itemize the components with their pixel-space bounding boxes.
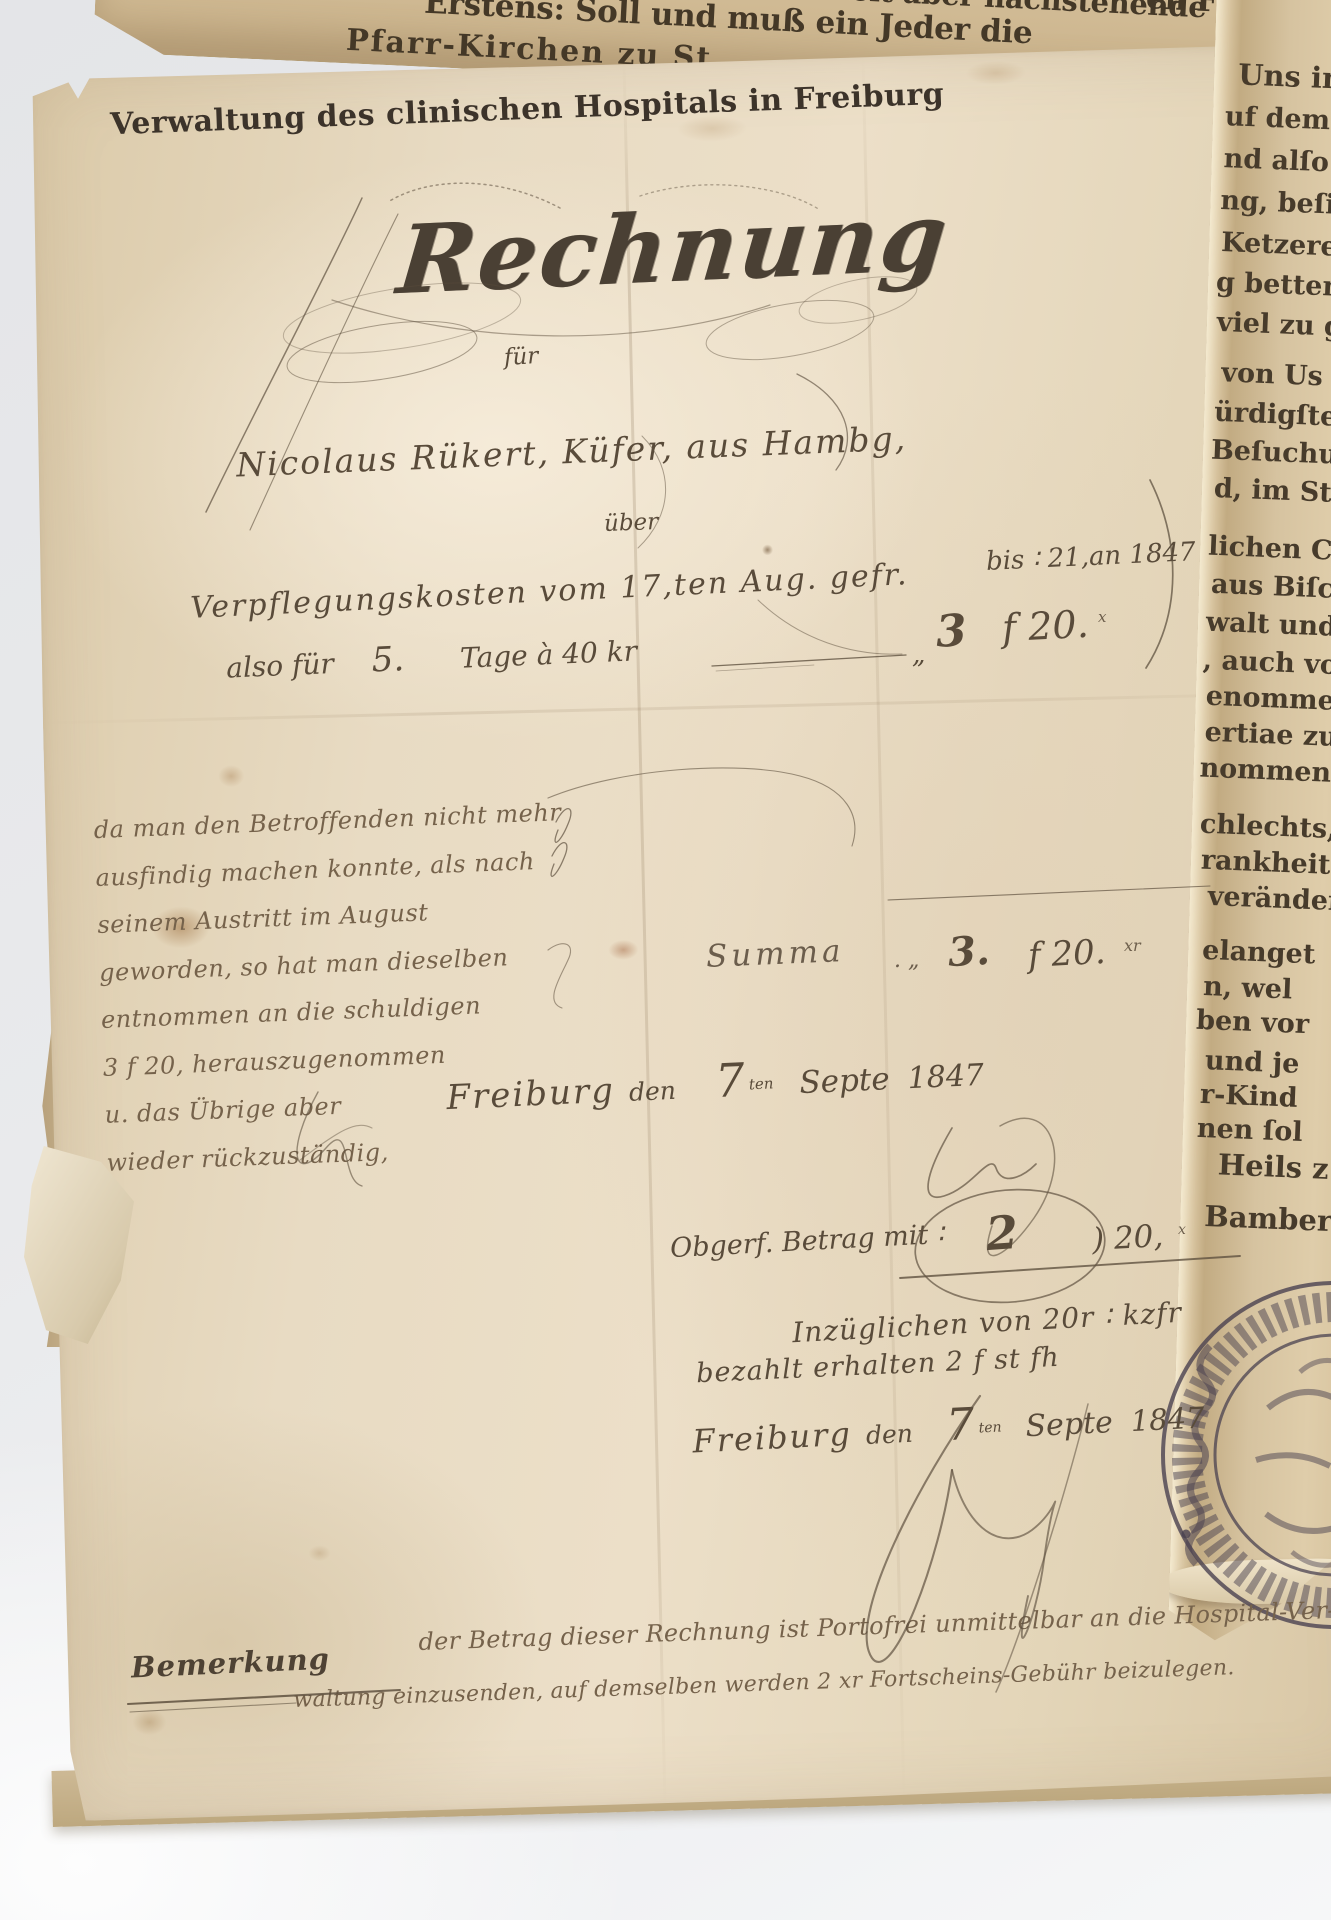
date-particle: den: [865, 1419, 913, 1450]
over-label: über: [604, 509, 659, 537]
date-month: Septe: [1025, 1405, 1114, 1444]
fraktur-fragment: g betten,: [1215, 267, 1331, 303]
date-place: Freiburg: [446, 1071, 616, 1119]
stain: [132, 1709, 167, 1736]
stain: [966, 60, 1027, 85]
date-day: 7: [714, 1053, 746, 1108]
stain: [218, 765, 245, 788]
fraktur-fragment: Ketzerey: [1221, 227, 1331, 263]
date-particle: den: [628, 1076, 676, 1107]
fraktur-fragment: enommen: [1205, 681, 1331, 718]
received-rest: ) 20,: [1091, 1218, 1164, 1258]
fraktur-fragment: ben vor: [1196, 1005, 1310, 1041]
amount-mark: „: [912, 640, 925, 670]
for-label: für: [503, 343, 539, 371]
fraktur-fragment: Heils z: [1217, 1147, 1329, 1185]
fraktur-fragment: Uns in d: [1238, 57, 1331, 96]
fraktur-fragment: n, wel: [1203, 971, 1293, 1006]
fraktur-fragment: r-Kind: [1199, 1079, 1298, 1114]
fraktur-fragment: ürdigſte S: [1214, 397, 1331, 434]
summa-label: Summa: [705, 933, 845, 975]
amount-kreuzer: f 20.: [1001, 602, 1090, 650]
date-day-suffix: ten: [748, 1074, 773, 1093]
fraktur-fragment: nen ſol: [1196, 1113, 1303, 1148]
fraktur-fragment: Bamber: [1204, 1199, 1331, 1238]
fraktur-fragment: , auch vo: [1202, 645, 1331, 681]
fraktur-fragment: d, im St: [1213, 473, 1331, 509]
date-day: 7: [945, 1399, 975, 1451]
stain: [308, 1545, 330, 1562]
margin-note: da man den Betroffenden nicht mehr ausfi…: [93, 789, 575, 1187]
fraktur-fragment: lichen Chr: [1208, 531, 1331, 568]
date-month: Septe: [799, 1061, 891, 1101]
fraktur-fragment: Beſuchung: [1210, 435, 1331, 473]
date-year: 1847: [907, 1058, 985, 1096]
fraktur-fragment: und je: [1204, 1045, 1300, 1080]
fraktur-fragment: chlechts,: [1199, 809, 1331, 845]
fraktur-fragment: rankheit: [1200, 845, 1331, 881]
calc-rate: Tage à 40 kr: [459, 634, 637, 674]
fraktur-fragment: nommen): [1199, 753, 1331, 790]
amount-xr: x: [1098, 608, 1106, 626]
date-day-suffix: ten: [978, 1419, 1002, 1436]
summa-sep: . „: [894, 948, 919, 973]
summa-xr: xr: [1124, 936, 1141, 955]
fold-crease: [622, 60, 666, 1808]
summa-kreuzer: f 20.: [1027, 932, 1106, 976]
date-year: 1847: [1130, 1400, 1205, 1438]
fraktur-fragment: aus Biſch: [1210, 569, 1331, 606]
fraktur-fragment: viel zu ge: [1216, 307, 1331, 344]
stain: [762, 544, 773, 555]
fraktur-fragment: ertiae zu: [1204, 717, 1331, 753]
received-xr: x: [1178, 1222, 1186, 1238]
photo-historical-invoice-documents: en Feyerlich Zeit aber nachstehende Punc…: [0, 0, 1331, 1920]
amount-gulden: 3: [935, 605, 968, 658]
fraktur-fragment: nd alſo l: [1223, 143, 1331, 179]
calc-days: 5.: [371, 639, 405, 680]
fold-crease: [43, 691, 1331, 725]
date-place: Freiburg: [692, 1415, 853, 1461]
fraktur-fragment: veränder: [1207, 881, 1331, 917]
fraktur-fragment: uf dem J: [1224, 101, 1331, 137]
stain: [608, 940, 638, 961]
fraktur-fragment: von Us: [1221, 357, 1324, 392]
summa-gulden: 3.: [947, 927, 991, 976]
fraktur-fragment: ng, beſi: [1220, 185, 1331, 221]
fraktur-fragment: walt und A: [1205, 607, 1331, 644]
received-amount: 2: [984, 1205, 1020, 1261]
calc-prefix: also für: [226, 647, 335, 684]
fold-crease: [861, 54, 905, 1802]
fraktur-fragment: elanget: [1202, 935, 1316, 971]
